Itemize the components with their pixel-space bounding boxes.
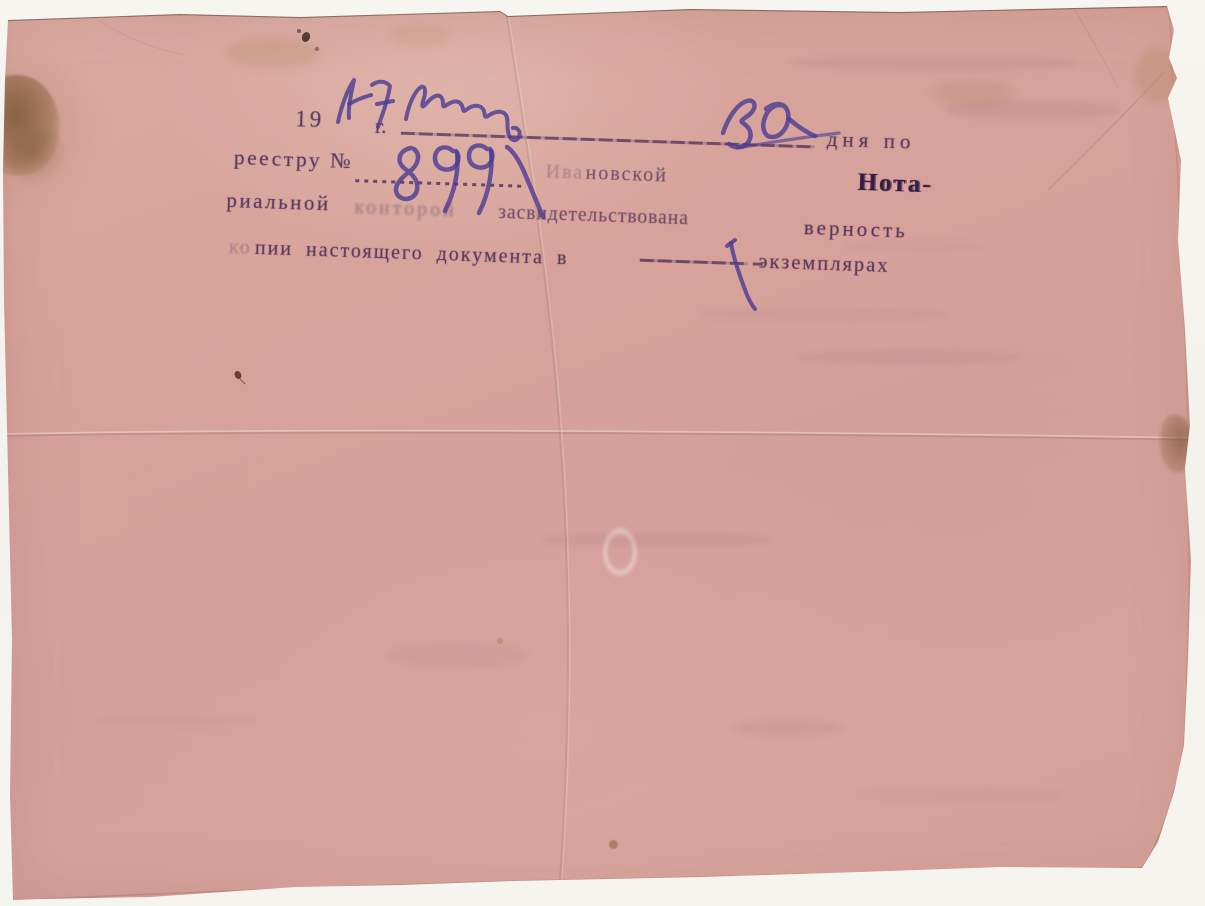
stamp-line4-body: пии настоящего документа в [255, 238, 569, 268]
stamp-nota-word: Нота- [857, 170, 933, 197]
stamp-year-prefix: 19 [295, 107, 325, 131]
smudge-top-b [390, 24, 450, 46]
bleed-through-row [855, 788, 1065, 802]
bleed-through-row [945, 100, 1120, 120]
top-left-crease [95, 18, 185, 55]
stamp-year-letter: г. [375, 116, 387, 137]
stain-right-edge [1160, 415, 1194, 473]
stamp-day-words: дня по [827, 129, 916, 153]
stamp-blank-line-registry [355, 179, 521, 188]
stamp-line3-word1: риальной [226, 190, 331, 214]
stamp-copies-word: экземплярах [758, 252, 889, 277]
bleed-through-row [95, 715, 255, 727]
stamp-line3-word4: верность [804, 217, 909, 241]
bleed-through-row [795, 350, 1020, 364]
notarial-stamp: 19 г. дня по реестру № Ива новской Нота-… [223, 95, 959, 319]
bleed-through-row [790, 55, 1080, 71]
foxing-dot-1 [609, 840, 618, 849]
scanned-document: 19 г. дня по реестру № Ива новской Нота-… [0, 0, 1205, 906]
bleed-through-row [543, 532, 773, 547]
bleed-through-row [388, 642, 528, 668]
red-ink-speck-tail [240, 379, 245, 384]
stain-top-left-lower [8, 128, 68, 186]
red-ink-speck [233, 370, 242, 380]
stamp-line3-word3: засвидетельствована [498, 203, 689, 229]
ink-speck [297, 29, 301, 33]
paper-bottom-edge [42, 868, 1142, 899]
stamp-blank-line-copies [640, 259, 748, 265]
stamp-blank-line-month [401, 132, 815, 148]
fold-crease-horizontal [0, 433, 1205, 440]
corner-crease-small [1075, 10, 1118, 88]
paper-right-edge [1167, 6, 1189, 745]
stamp-place-name: новской [585, 163, 668, 186]
bleed-through-row [733, 720, 843, 736]
stamp-line4-faint-start: ко [229, 237, 252, 258]
stain-corner-tan [1135, 48, 1180, 103]
stamp-line3-word2: конторой [354, 197, 457, 220]
fold-crease-horizontal-highlight [0, 431, 1205, 438]
paper-torn-corner-edge [1142, 745, 1184, 868]
paper-sheet: 19 г. дня по реестру № Ива новской Нота-… [0, 0, 1205, 906]
smudge-top-a [225, 38, 320, 68]
paper-top-edge [8, 6, 1167, 20]
stamp-registry-label: реестру № [234, 147, 354, 172]
stamp-place-name-faint: Ива [545, 162, 584, 183]
